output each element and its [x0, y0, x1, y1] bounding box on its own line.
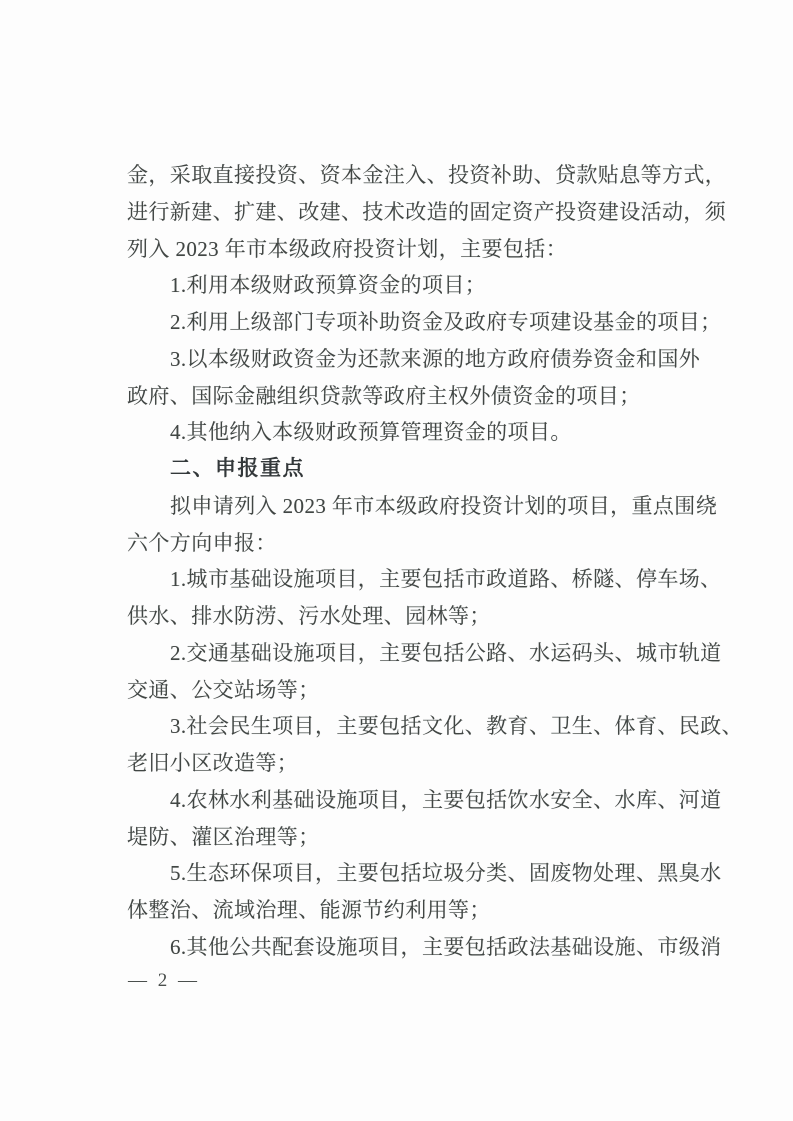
- body-text-line: 体整治、流域治理、能源节约利用等；: [127, 892, 705, 929]
- body-text-line: 老旧小区改造等；: [127, 745, 705, 782]
- focus-item-4: 4.农林水利基础设施项目，主要包括饮水安全、水库、河道: [127, 782, 705, 819]
- list-item-4: 4.其他纳入本级财政预算管理资金的项目。: [127, 414, 705, 451]
- document-body: 金，采取直接投资、资本金注入、投资补助、贷款贴息等方式， 进行新建、扩建、改建、…: [127, 157, 705, 966]
- body-text-line: 金，采取直接投资、资本金注入、投资补助、贷款贴息等方式，: [127, 157, 705, 194]
- body-text-line: 政府、国际金融组织贷款等政府主权外债资金的项目；: [127, 378, 705, 415]
- focus-item-1: 1.城市基础设施项目，主要包括市政道路、桥隧、停车场、: [127, 561, 705, 598]
- body-text-line: 进行新建、扩建、改建、技术改造的固定资产投资建设活动，须: [127, 194, 705, 231]
- body-text-line: 拟申请列入 2023 年市本级政府投资计划的项目，重点围绕: [127, 488, 705, 525]
- scanned-document-page: 金，采取直接投资、资本金注入、投资补助、贷款贴息等方式， 进行新建、扩建、改建、…: [0, 0, 793, 1121]
- section-heading: 二、申报重点: [127, 451, 705, 488]
- focus-item-2: 2.交通基础设施项目，主要包括公路、水运码头、城市轨道: [127, 635, 705, 672]
- list-item-1: 1.利用本级财政预算资金的项目；: [127, 267, 705, 304]
- body-text-line: 六个方向申报：: [127, 525, 705, 562]
- focus-item-6: 6.其他公共配套设施项目，主要包括政法基础设施、市级消: [127, 929, 705, 966]
- body-text-line: 供水、排水防涝、污水处理、园林等；: [127, 598, 705, 635]
- body-text-line: 列入 2023 年市本级政府投资计划，主要包括：: [127, 231, 705, 268]
- body-text-line: 堤防、灌区治理等；: [127, 819, 705, 856]
- body-text-line: 交通、公交站场等；: [127, 672, 705, 709]
- focus-item-3: 3.社会民生项目，主要包括文化、教育、卫生、体育、民政、: [127, 708, 705, 745]
- focus-item-5: 5.生态环保项目，主要包括垃圾分类、固废物处理、黑臭水: [127, 855, 705, 892]
- list-item-3: 3.以本级财政资金为还款来源的地方政府债券资金和国外: [127, 341, 705, 378]
- list-item-2: 2.利用上级部门专项补助资金及政府专项建设基金的项目；: [127, 304, 705, 341]
- page-number: — 2 —: [128, 966, 200, 996]
